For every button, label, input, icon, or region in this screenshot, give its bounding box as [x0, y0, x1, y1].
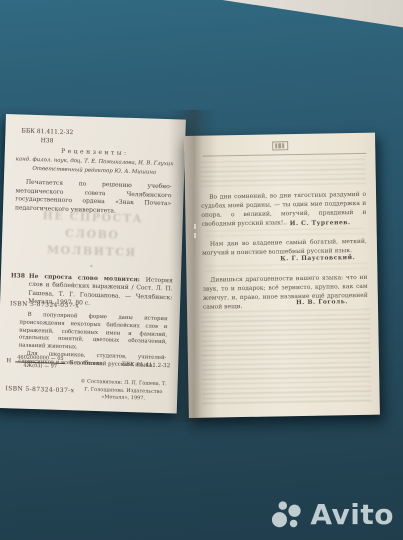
bbk-classification-block: ББК 81.411.2-32 Н38: [21, 126, 73, 146]
show-through-text: [200, 159, 365, 188]
header-ornament-icon: [272, 141, 288, 150]
quote-turgenev-author: И. С. Тургенев.: [290, 219, 351, 227]
isbn-line: ISBN 5-87324-037-х: [10, 300, 79, 309]
show-through-text: [204, 263, 367, 274]
publishing-index-fraction: 4602000000 — 05 4Ж(03) — 97: [15, 354, 66, 370]
index-letter: Н: [6, 358, 11, 364]
quote-gogol: Дивишься драгоценности нашего языка: что…: [202, 273, 368, 312]
header-rule: [202, 153, 366, 157]
imprint-bottom-row: ISBN 5-87324-037-х © Составители: Л. П. …: [5, 376, 170, 404]
book-left-page: ББК 81.411.2-32 Н38 Рецензенты: канд. фи…: [0, 114, 186, 414]
show-through-text: [206, 228, 365, 238]
annotation-paragraph: В популярной форме даны истории происхож…: [19, 312, 168, 356]
reviewers-block: Рецензенты: канд. филол. наук, доц. Т. Е…: [4, 145, 185, 179]
quote-gogol-author: Н. В. Гоголь.: [296, 298, 348, 306]
index-denominator: 4Ж(03) — 97: [23, 362, 57, 370]
binding-stitch: [194, 224, 196, 229]
index-suffix: Без объявл.: [69, 360, 104, 367]
avito-watermark: Avito: [271, 498, 394, 531]
avito-wordmark: Avito: [310, 498, 394, 531]
listing-photo: ББК 81.411.2-32 Н38 Рецензенты: канд. фи…: [0, 0, 403, 540]
bbk-code-bottom: ББК 81.411.2-32: [122, 362, 170, 370]
show-through-text: [201, 309, 372, 406]
table-corner: [145, 0, 403, 36]
author-sign: Н38: [21, 135, 73, 146]
quote-paustovsky-author: К. Г. Паустовский.: [280, 254, 355, 262]
avito-logo-icon: [271, 499, 303, 531]
book-right-page: Во дни сомнений, во дни тягостных раздум…: [184, 133, 380, 418]
copyright-notice: © Составители: Л. П. Гашева, Т. Г. Голощ…: [77, 378, 170, 403]
isbn-bottom: ISBN 5-87324-037-х: [5, 385, 74, 401]
show-through-title: НЕ СПРОСТА СЛОВО МОЛВИТСЯ: [2, 206, 184, 263]
